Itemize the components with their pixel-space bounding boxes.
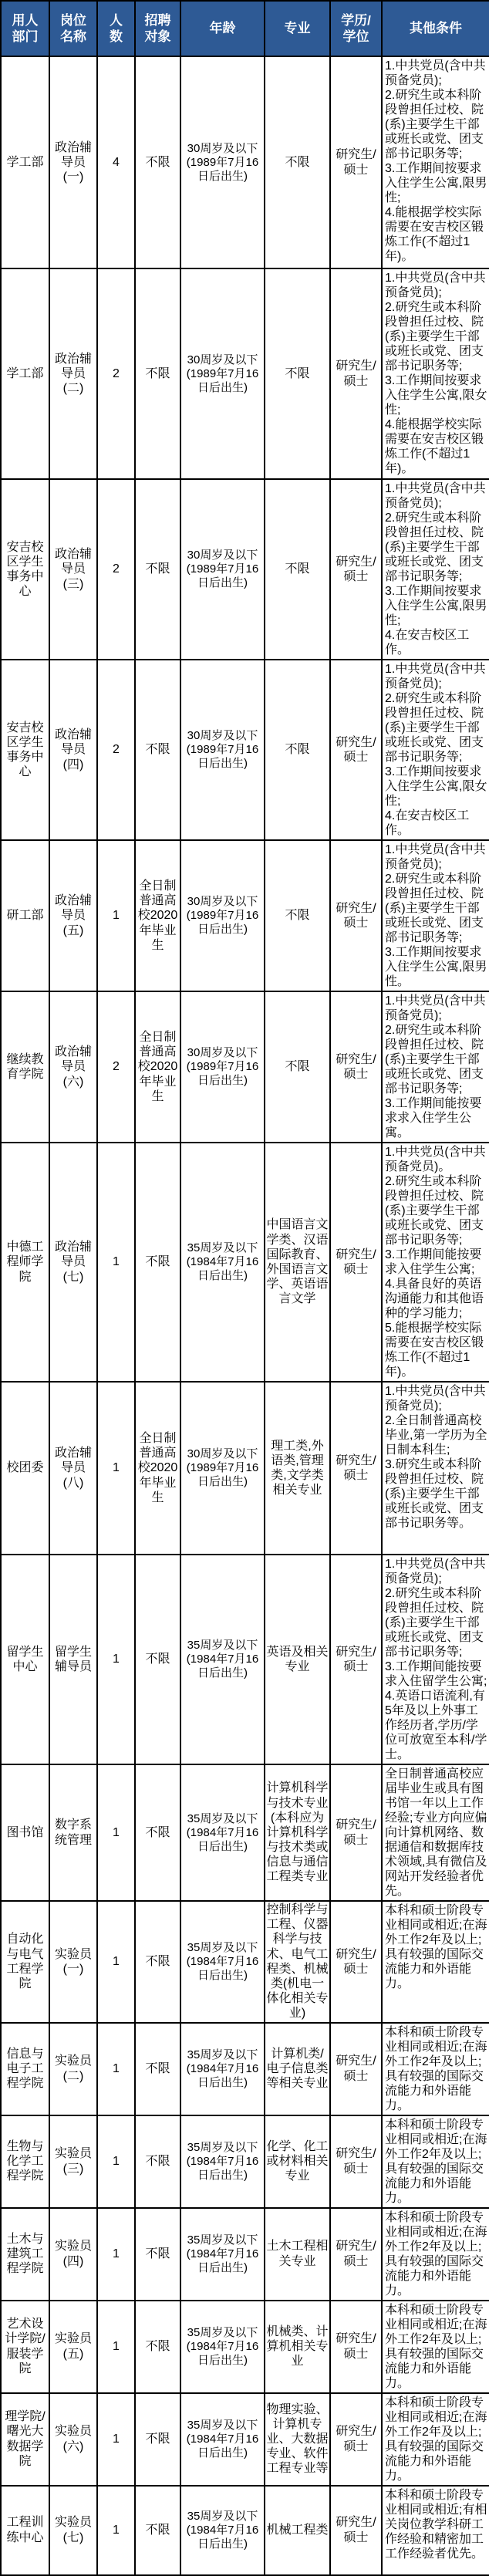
position-cell: 实验员(五) bbox=[49, 2301, 97, 2393]
age-cell: 35周岁及以下(1984年7月16日后出生) bbox=[180, 2115, 265, 2208]
age-cell: 35周岁及以下(1984年7月16日后出生) bbox=[180, 1901, 265, 2023]
department-cell: 理学院/曙光大数据学院 bbox=[1, 2393, 49, 2486]
degree-cell: 研究生/硕士 bbox=[330, 1555, 382, 1764]
age-cell: 30周岁及以下(1989年7月16日后出生) bbox=[180, 991, 265, 1143]
major-cell: 中国语言文学类、汉语国际教育、外国语言文学、英语语言文学 bbox=[265, 1143, 330, 1382]
department-cell: 校团委 bbox=[1, 1382, 49, 1555]
major-cell: 理工类,外语类,管理类,文学类相关专业 bbox=[265, 1382, 330, 1555]
headcount-cell: 1 bbox=[97, 2115, 135, 2208]
other-conditions-cell: 全日制普通高校应届毕业生或具有图书馆一年以上工作经验;专业方向应偏向计算机网络、… bbox=[382, 1764, 489, 1901]
age-cell: 35周岁及以下(1984年7月16日后出生) bbox=[180, 1764, 265, 1901]
department-cell: 生物与化学工程学院 bbox=[1, 2115, 49, 2208]
other-conditions-cell: 1.中共党员(含中共预备党员); 2.研究生或本科阶段曾担任过校、院(系)主要学… bbox=[382, 840, 489, 991]
headcount-cell: 1 bbox=[97, 1901, 135, 2023]
target-cell: 全日制普通高校2020年毕业生 bbox=[135, 1382, 180, 1555]
table-row: 安吉校区学生事务中心政治辅导员(三)2不限30周岁及以下(1989年7月16日后… bbox=[1, 479, 489, 660]
headcount-cell: 1 bbox=[97, 2208, 135, 2301]
other-conditions-cell: 本科和硕士阶段专业相同或相近;在海外工作2年及以上;具有较强的国际交流能力和外语… bbox=[382, 2301, 489, 2393]
age-cell: 35周岁及以下(1984年7月16日后出生) bbox=[180, 2301, 265, 2393]
table-row: 生物与化学工程学院实验员(三)1不限35周岁及以下(1984年7月16日后出生)… bbox=[1, 2115, 489, 2208]
table-body: 学工部政治辅导员(一)4不限30周岁及以下(1989年7月16日后出生)不限研究… bbox=[1, 56, 489, 2575]
other-conditions-cell: 1.中共党员(含中共预备党员); 2.研究生或本科阶段曾担任过校、院(系)主要学… bbox=[382, 1555, 489, 1764]
other-conditions-cell: 本科和硕士阶段专业相同或相近;在海外工作2年及以上;具有较强的国际交流能力和外语… bbox=[382, 2115, 489, 2208]
table-row: 土木与建筑工程学院实验员(四)1不限35周岁及以下(1984年7月16日后出生)… bbox=[1, 2208, 489, 2301]
table-row: 学工部政治辅导员(二)2不限30周岁及以下(1989年7月16日后出生)不限研究… bbox=[1, 268, 489, 479]
degree-cell: 研究生/硕士 bbox=[330, 479, 382, 660]
degree-cell: 研究生/硕士 bbox=[330, 56, 382, 268]
target-cell: 不限 bbox=[135, 268, 180, 479]
header-major: 专业 bbox=[265, 1, 330, 56]
position-cell: 政治辅导员(三) bbox=[49, 479, 97, 660]
headcount-cell: 2 bbox=[97, 991, 135, 1143]
headcount-cell: 1 bbox=[97, 1764, 135, 1901]
other-conditions-cell: 本科和硕士阶段专业相同或相近;在海外工作2年及以上;具有较强的国际交流能力和外语… bbox=[382, 2023, 489, 2115]
header-degree: 学历/ 学位 bbox=[330, 1, 382, 56]
target-cell: 不限 bbox=[135, 479, 180, 660]
position-cell: 政治辅导员(四) bbox=[49, 660, 97, 840]
target-cell: 不限 bbox=[135, 1555, 180, 1764]
degree-cell: 研究生/硕士 bbox=[330, 1764, 382, 1901]
target-cell: 不限 bbox=[135, 1764, 180, 1901]
target-cell: 不限 bbox=[135, 2115, 180, 2208]
target-cell: 不限 bbox=[135, 56, 180, 268]
degree-cell: 研究生/硕士 bbox=[330, 2393, 382, 2486]
headcount-cell: 2 bbox=[97, 660, 135, 840]
table-row: 留学生中心留学生辅导员1不限35周岁及以下(1984年7月16日后出生)英语及相… bbox=[1, 1555, 489, 1764]
degree-cell: 研究生/硕士 bbox=[330, 2115, 382, 2208]
headcount-cell: 1 bbox=[97, 2486, 135, 2575]
major-cell: 控制科学与工程、仪器科学与技术、电气工程类、机械类(机电一体化相关专业) bbox=[265, 1901, 330, 2023]
target-cell: 不限 bbox=[135, 1143, 180, 1382]
position-cell: 留学生辅导员 bbox=[49, 1555, 97, 1764]
age-cell: 35周岁及以下(1984年7月16日后出生) bbox=[180, 2208, 265, 2301]
department-cell: 中德工程师学院 bbox=[1, 1143, 49, 1382]
headcount-cell: 1 bbox=[97, 1555, 135, 1764]
other-conditions-cell: 本科和硕士阶段专业相同或相近;在海外工作2年及以上;具有较强的国际交流能力和外语… bbox=[382, 2393, 489, 2486]
department-cell: 土木与建筑工程学院 bbox=[1, 2208, 49, 2301]
other-conditions-cell: 1.中共党员(含中共预备党员); 2.研究生或本科阶段曾担任过校、院(系)主要学… bbox=[382, 660, 489, 840]
target-cell: 不限 bbox=[135, 2023, 180, 2115]
degree-cell: 研究生/硕士 bbox=[330, 991, 382, 1143]
other-conditions-cell: 本科和硕士阶段专业相同或相近;在海外工作2年及以上;具有较强的国际交流能力和外语… bbox=[382, 1901, 489, 2023]
headcount-cell: 1 bbox=[97, 2393, 135, 2486]
degree-cell: 研究生/硕士 bbox=[330, 2301, 382, 2393]
department-cell: 自动化与电气工程学院 bbox=[1, 1901, 49, 2023]
major-cell: 计算机科学与技术专业(本科应为计算机科学与技术类或信息与通信工程类专业 bbox=[265, 1764, 330, 1901]
other-conditions-cell: 1.中共党员(含中共预备党员); 2.全日制普通高校毕业,第一学历为全日制本科生… bbox=[382, 1382, 489, 1555]
major-cell: 不限 bbox=[265, 56, 330, 268]
major-cell: 土木工程相关专业 bbox=[265, 2208, 330, 2301]
department-cell: 研工部 bbox=[1, 840, 49, 991]
age-cell: 35周岁及以下(1984年7月16日后出生) bbox=[180, 1555, 265, 1764]
headcount-cell: 2 bbox=[97, 479, 135, 660]
degree-cell: 研究生/硕士 bbox=[330, 2208, 382, 2301]
department-cell: 安吉校区学生事务中心 bbox=[1, 660, 49, 840]
headcount-cell: 1 bbox=[97, 840, 135, 991]
department-cell: 继续教育学院 bbox=[1, 991, 49, 1143]
table-row: 中德工程师学院政治辅导员(七)1不限35周岁及以下(1984年7月16日后出生)… bbox=[1, 1143, 489, 1382]
major-cell: 不限 bbox=[265, 991, 330, 1143]
degree-cell: 研究生/硕士 bbox=[330, 2023, 382, 2115]
department-cell: 信息与电子工程学院 bbox=[1, 2023, 49, 2115]
age-cell: 35周岁及以下(1984年7月16日后出生) bbox=[180, 2393, 265, 2486]
major-cell: 机械工程类 bbox=[265, 2486, 330, 2575]
position-cell: 政治辅导员(七) bbox=[49, 1143, 97, 1382]
department-cell: 艺术设计学院/服装学院 bbox=[1, 2301, 49, 2393]
headcount-cell: 1 bbox=[97, 1382, 135, 1555]
table-row: 校团委政治辅导员(八)1全日制普通高校2020年毕业生30周岁及以下(1989年… bbox=[1, 1382, 489, 1555]
position-cell: 政治辅导员(八) bbox=[49, 1382, 97, 1555]
target-cell: 不限 bbox=[135, 2301, 180, 2393]
degree-cell: 研究生/硕士 bbox=[330, 1382, 382, 1555]
header-target: 招聘 对象 bbox=[135, 1, 180, 56]
major-cell: 英语及相关专业 bbox=[265, 1555, 330, 1764]
table-row: 理学院/曙光大数据学院实验员(六)1不限35周岁及以下(1984年7月16日后出… bbox=[1, 2393, 489, 2486]
position-cell: 实验员(六) bbox=[49, 2393, 97, 2486]
headcount-cell: 1 bbox=[97, 2301, 135, 2393]
other-conditions-cell: 1.中共党员(含中共预备党员); 2.研究生或本科阶段曾担任过校、院(系)主要学… bbox=[382, 991, 489, 1143]
target-cell: 不限 bbox=[135, 2208, 180, 2301]
degree-cell: 研究生/硕士 bbox=[330, 660, 382, 840]
header-other-conditions: 其他条件 bbox=[382, 1, 489, 56]
other-conditions-cell: 本科和硕士阶段专业相同或相近;在海外工作2年及以上;具有较强的国际交流能力和外语… bbox=[382, 2208, 489, 2301]
position-cell: 数字系统管理 bbox=[49, 1764, 97, 1901]
position-cell: 实验员(四) bbox=[49, 2208, 97, 2301]
major-cell: 计算机类/电子信息类等相关专业 bbox=[265, 2023, 330, 2115]
target-cell: 不限 bbox=[135, 2486, 180, 2575]
position-cell: 实验员(三) bbox=[49, 2115, 97, 2208]
table-row: 学工部政治辅导员(一)4不限30周岁及以下(1989年7月16日后出生)不限研究… bbox=[1, 56, 489, 268]
major-cell: 机械类、计算机相关专业 bbox=[265, 2301, 330, 2393]
table-row: 图书馆数字系统管理1不限35周岁及以下(1984年7月16日后出生)计算机科学与… bbox=[1, 1764, 489, 1901]
recruitment-table: 用人 部门 岗位 名称 人 数 招聘 对象 年龄 专业 学历/ 学位 其他条件 … bbox=[0, 0, 489, 2576]
target-cell: 全日制普通高校2020年毕业生 bbox=[135, 991, 180, 1143]
headcount-cell: 1 bbox=[97, 1143, 135, 1382]
position-cell: 实验员(七) bbox=[49, 2486, 97, 2575]
header-position: 岗位 名称 bbox=[49, 1, 97, 56]
major-cell: 物理实验、计算机专业、大数据专业、软件工程专业等 bbox=[265, 2393, 330, 2486]
degree-cell: 研究生/硕士 bbox=[330, 1901, 382, 2023]
age-cell: 35周岁及以下(1984年7月16日后出生) bbox=[180, 1143, 265, 1382]
header-department: 用人 部门 bbox=[1, 1, 49, 56]
table-row: 安吉校区学生事务中心政治辅导员(四)2不限30周岁及以下(1989年7月16日后… bbox=[1, 660, 489, 840]
major-cell: 不限 bbox=[265, 840, 330, 991]
position-cell: 政治辅导员(六) bbox=[49, 991, 97, 1143]
age-cell: 30周岁及以下(1989年7月16日后出生) bbox=[180, 479, 265, 660]
position-cell: 政治辅导员(五) bbox=[49, 840, 97, 991]
department-cell: 安吉校区学生事务中心 bbox=[1, 479, 49, 660]
target-cell: 全日制普通高校2020年毕业生 bbox=[135, 840, 180, 991]
headcount-cell: 1 bbox=[97, 2023, 135, 2115]
age-cell: 30周岁及以下(1989年7月16日后出生) bbox=[180, 56, 265, 268]
position-cell: 实验员(二) bbox=[49, 2023, 97, 2115]
major-cell: 不限 bbox=[265, 268, 330, 479]
age-cell: 30周岁及以下(1989年7月16日后出生) bbox=[180, 840, 265, 991]
headcount-cell: 2 bbox=[97, 268, 135, 479]
table-row: 继续教育学院政治辅导员(六)2全日制普通高校2020年毕业生30周岁及以下(19… bbox=[1, 991, 489, 1143]
other-conditions-cell: 1.中共党员(含中共预备党员); 2.研究生或本科阶段曾担任过校、院(系)主要学… bbox=[382, 56, 489, 268]
department-cell: 工程训练中心 bbox=[1, 2486, 49, 2575]
header-row: 用人 部门 岗位 名称 人 数 招聘 对象 年龄 专业 学历/ 学位 其他条件 bbox=[1, 1, 489, 56]
department-cell: 图书馆 bbox=[1, 1764, 49, 1901]
age-cell: 30周岁及以下(1989年7月16日后出生) bbox=[180, 1382, 265, 1555]
other-conditions-cell: 1.中共党员(含中共预备党员)。 2.研究生或本科阶段曾担任过校、院(系)主要学… bbox=[382, 1143, 489, 1382]
table-row: 信息与电子工程学院实验员(二)1不限35周岁及以下(1984年7月16日后出生)… bbox=[1, 2023, 489, 2115]
age-cell: 35周岁及以下(1984年7月16日后出生) bbox=[180, 2023, 265, 2115]
headcount-cell: 4 bbox=[97, 56, 135, 268]
degree-cell: 研究生/硕士 bbox=[330, 840, 382, 991]
other-conditions-cell: 1.中共党员(含中共预备党员); 2.研究生或本科阶段曾担任过校、院(系)主要学… bbox=[382, 268, 489, 479]
target-cell: 不限 bbox=[135, 2393, 180, 2486]
department-cell: 留学生中心 bbox=[1, 1555, 49, 1764]
other-conditions-cell: 本科和硕士阶段专业相同或相近;有相关岗位教学科研工作经验和精密加工工作经验者优先… bbox=[382, 2486, 489, 2575]
target-cell: 不限 bbox=[135, 660, 180, 840]
age-cell: 35周岁及以下(1984年7月16日后出生) bbox=[180, 2486, 265, 2575]
degree-cell: 研究生/硕士 bbox=[330, 2486, 382, 2575]
department-cell: 学工部 bbox=[1, 268, 49, 479]
header-age: 年龄 bbox=[180, 1, 265, 56]
age-cell: 30周岁及以下(1989年7月16日后出生) bbox=[180, 268, 265, 479]
table-row: 自动化与电气工程学院实验员(一)1不限35周岁及以下(1984年7月16日后出生… bbox=[1, 1901, 489, 2023]
position-cell: 政治辅导员(一) bbox=[49, 56, 97, 268]
table-row: 工程训练中心实验员(七)1不限35周岁及以下(1984年7月16日后出生)机械工… bbox=[1, 2486, 489, 2575]
table-row: 艺术设计学院/服装学院实验员(五)1不限35周岁及以下(1984年7月16日后出… bbox=[1, 2301, 489, 2393]
target-cell: 不限 bbox=[135, 1901, 180, 2023]
department-cell: 学工部 bbox=[1, 56, 49, 268]
major-cell: 化学、化工或材料相关专业 bbox=[265, 2115, 330, 2208]
position-cell: 实验员(一) bbox=[49, 1901, 97, 2023]
degree-cell: 研究生/硕士 bbox=[330, 1143, 382, 1382]
other-conditions-cell: 1.中共党员(含中共预备党员); 2.研究生或本科阶段曾担任过校、院(系)主要学… bbox=[382, 479, 489, 660]
table-row: 研工部政治辅导员(五)1全日制普通高校2020年毕业生30周岁及以下(1989年… bbox=[1, 840, 489, 991]
major-cell: 不限 bbox=[265, 660, 330, 840]
age-cell: 30周岁及以下(1989年7月16日后出生) bbox=[180, 660, 265, 840]
degree-cell: 研究生/硕士 bbox=[330, 268, 382, 479]
header-headcount: 人 数 bbox=[97, 1, 135, 56]
major-cell: 不限 bbox=[265, 479, 330, 660]
position-cell: 政治辅导员(二) bbox=[49, 268, 97, 479]
